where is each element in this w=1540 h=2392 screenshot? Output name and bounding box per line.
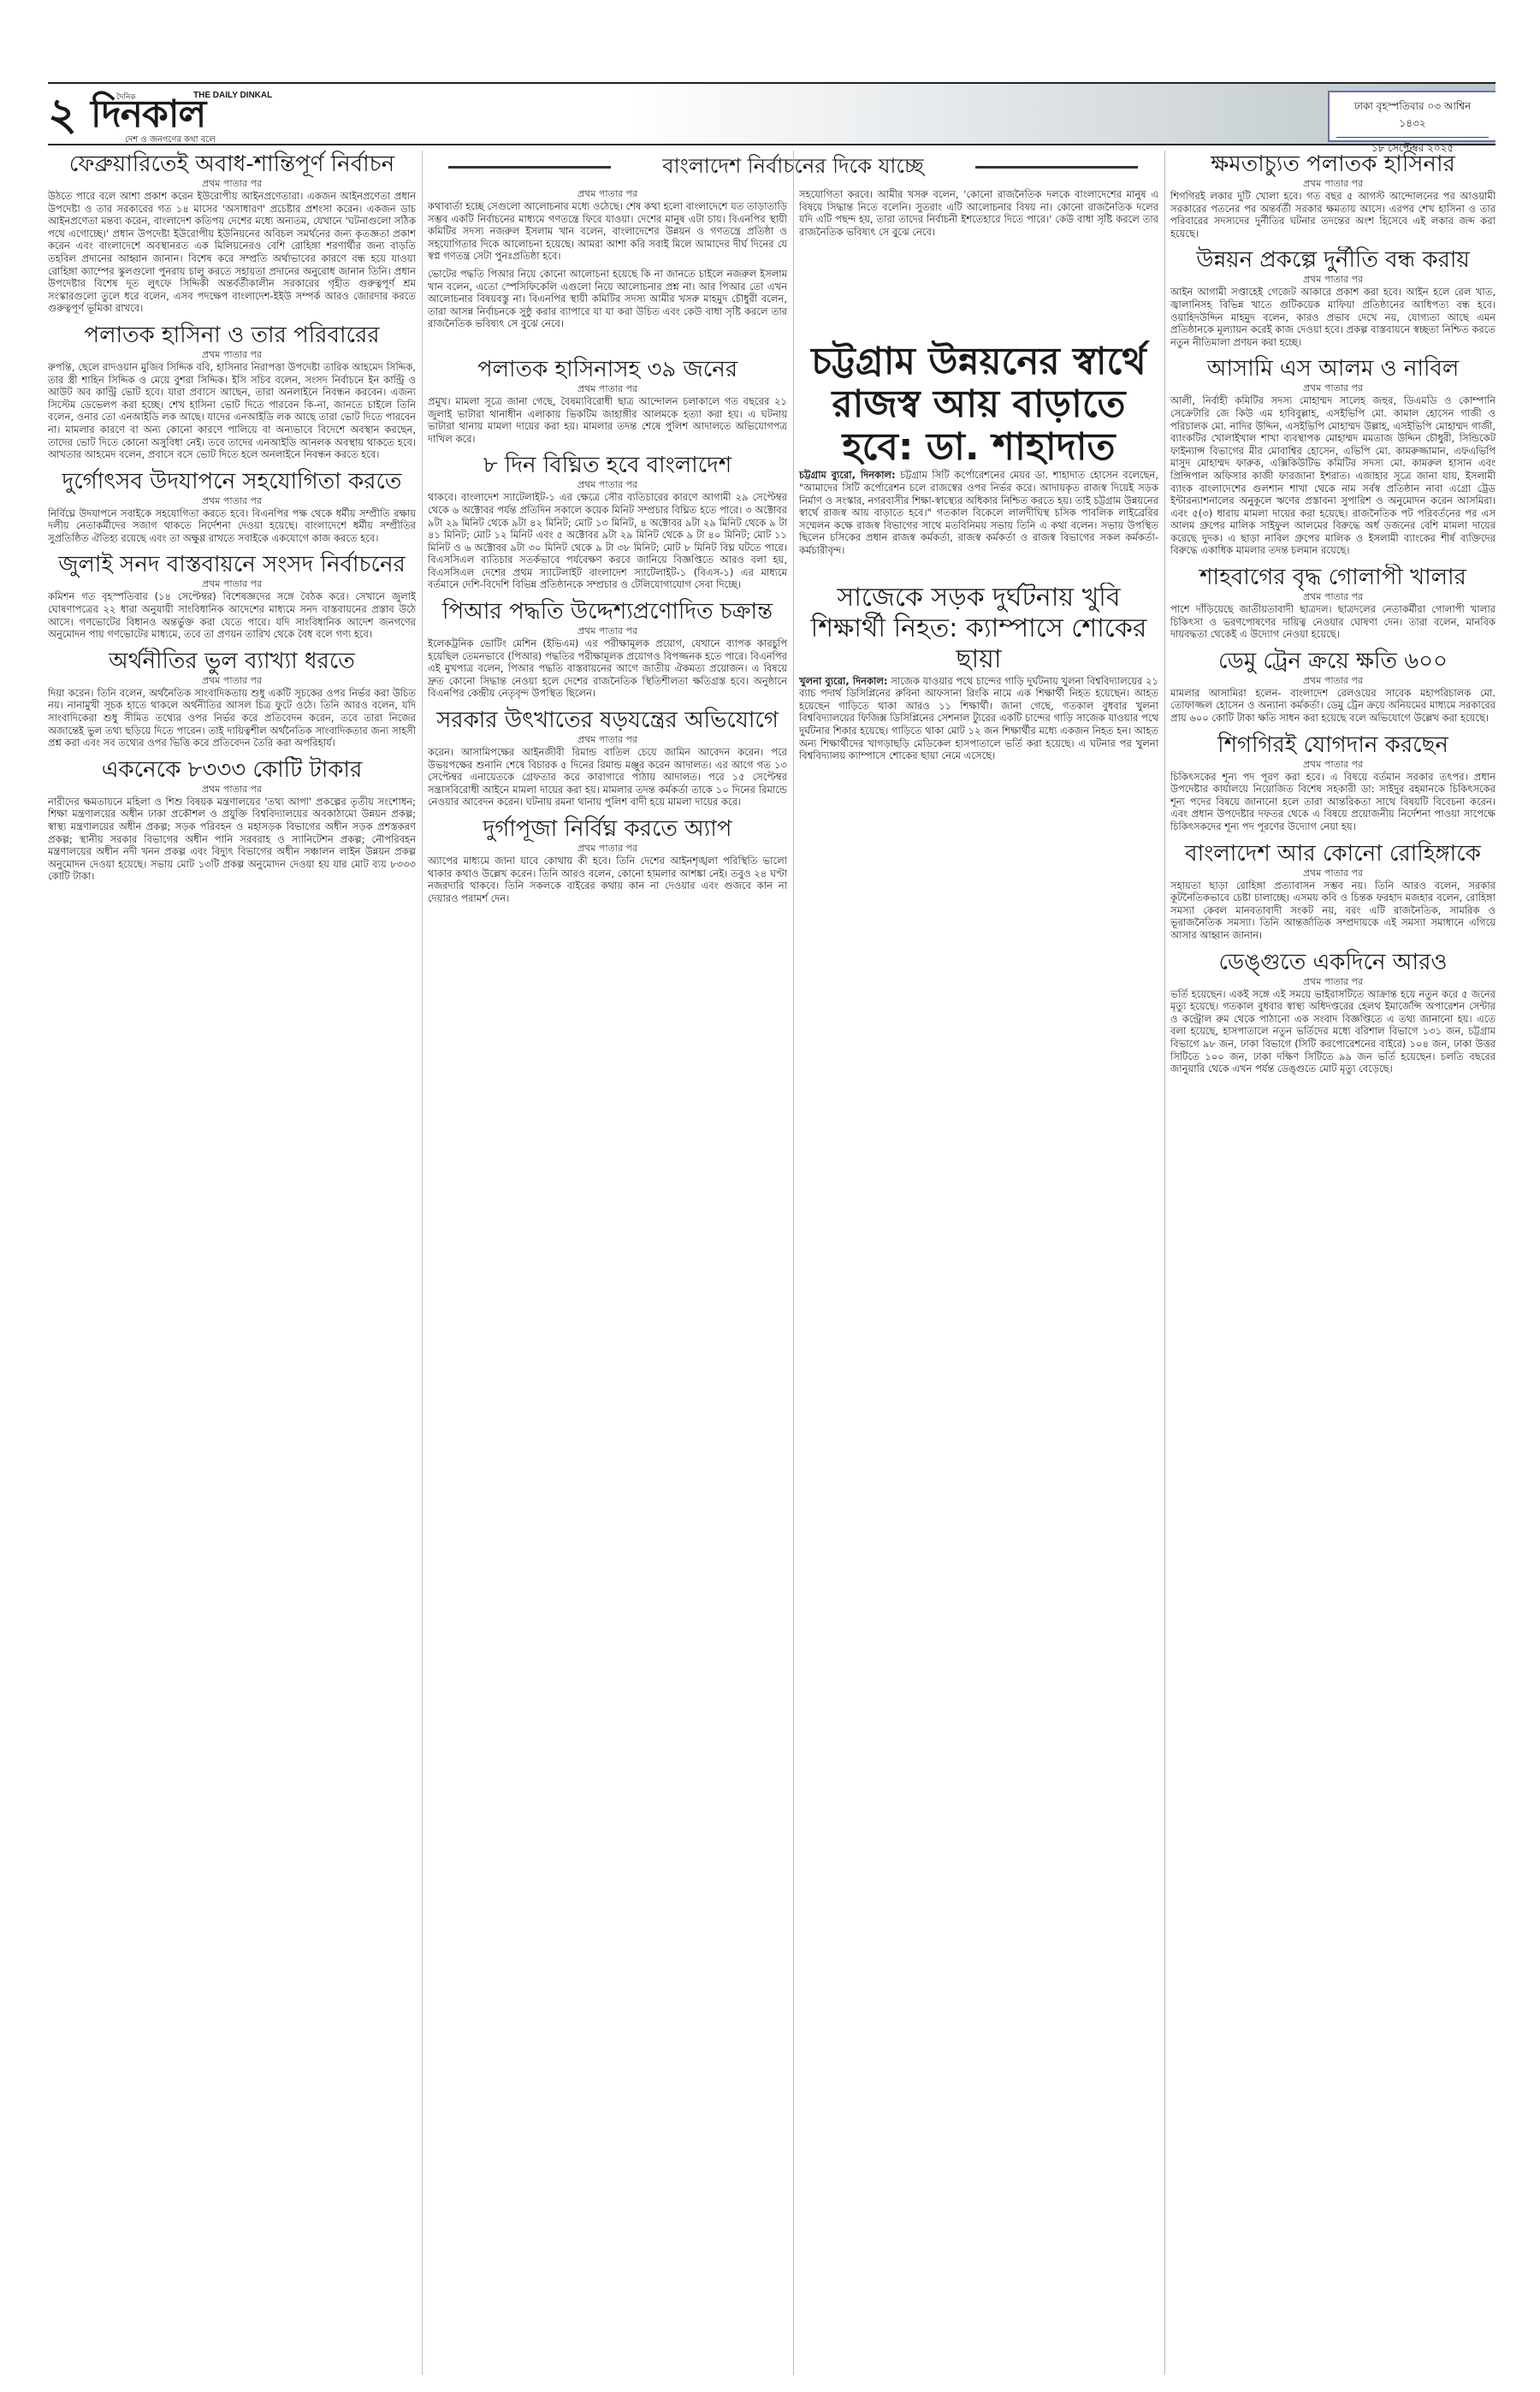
date-box: ঢাকা বৃহস্পতিবার ০৩ আশ্বিন ১৪৩২ ১৮ সেপ্ট… [1328, 91, 1496, 142]
headline: উন্নয়ন প্রকল্পে দুর্নীতি বন্ধ করায় [1170, 246, 1496, 274]
article: অর্থনীতির ভুল ব্যাখ্যা ধরতে প্রথম পাতার … [48, 648, 416, 749]
headline: দুর্গাপূজা নির্বিঘ্ন করতে অ্যাপ [428, 815, 787, 843]
column-4: ক্ষমতাচ্যুত পলাতক হাসিনার প্রথম পাতার পর… [1170, 151, 1496, 1082]
headline: আসামি এস আলম ও নাবিল [1170, 355, 1496, 382]
continuation-label: প্রথম পাতার পর [1170, 382, 1496, 394]
article-body: ভোটের পদ্ধতি পিআর নিয়ে কোনো আলোচনা হয়ে… [428, 268, 787, 330]
article: পলাতক হাসিনা ও তার পরিবারের প্রথম পাতার … [48, 322, 416, 461]
article-body: সহযোগিতা করবে। আমীর খসরু বলেন, 'কোনো রাজ… [799, 188, 1158, 238]
article-body: অ্যাপের মাধ্যমে জানা যাবে কোথায় কী হবে।… [428, 855, 787, 904]
headline: বাংলাদেশ আর কোনো রোহিঙ্গাকে [1170, 840, 1496, 867]
continuation-label: প্রথম পাতার পর [48, 578, 416, 590]
article: পলাতক হাসিনাসহ ৩৯ জনের প্রথম পাতার পর প্… [428, 356, 787, 445]
headline: দুর্গোৎসব উদযাপনে সহযোগিতা করতে [48, 468, 416, 495]
headline: পলাতক হাসিনাসহ ৩৯ জনের [428, 356, 787, 383]
article: প্রথম পাতার পর কথাবার্তা হচ্ছে সেগুলো আল… [428, 188, 787, 330]
headline: ডেমু ট্রেন ক্রয়ে ক্ষতি ৬০০ [1170, 648, 1496, 675]
article: সহযোগিতা করবে। আমীর খসরু বলেন, 'কোনো রাজ… [799, 188, 1158, 238]
article: শিগগিরই যোগদান করছেন প্রথম পাতার পর চিকি… [1170, 731, 1496, 833]
article-body: ইলেকট্রনিক ভোটিং মেশিন (ইভিএম) এর পরীক্ষ… [428, 637, 787, 700]
column-2: প্রথম পাতার পর কথাবার্তা হচ্ছে সেগুলো আল… [428, 188, 787, 911]
article: ফেব্রুয়ারিতেই অবাধ-শান্তিপূর্ণ নির্বাচন… [48, 151, 416, 315]
article: একনেকে ৮৩৩৩ কোটি টাকার প্রথম পাতার পর না… [48, 756, 416, 883]
column-divider [1164, 151, 1165, 2375]
headline: ক্ষমতাচ্যুত পলাতক হাসিনার [1170, 151, 1496, 178]
headline: জুলাই সনদ বাস্তবায়নে সংসদ নির্বাচনের [48, 551, 416, 578]
article: চট্টগ্রাম উন্নয়নের স্বার্থে রাজস্ব আয় … [799, 340, 1158, 556]
article: সাজেকে সড়ক দুর্ঘটনায় খুবি শিক্ষার্থী ন… [799, 583, 1158, 762]
column-3: সহযোগিতা করবে। আমীর খসরু বলেন, 'কোনো রাজ… [799, 188, 1158, 769]
headline: সাজেকে সড়ক দুর্ঘটনায় খুবি শিক্ষার্থী ন… [799, 583, 1158, 675]
column-divider [793, 151, 794, 2375]
article-body: নারীদের ক্ষমতায়নে মহিলা ও শিশু বিষয়ক ম… [48, 796, 416, 883]
article: বাংলাদেশ আর কোনো রোহিঙ্গাকে প্রথম পাতার … [1170, 840, 1496, 942]
article-body: চিকিৎসকের শূন্য পদ পূরণ করা হবে। এ বিষয়… [1170, 771, 1496, 833]
continuation-label: প্রথম পাতার পর [428, 734, 787, 746]
dateline: চট্টগ্রাম ব্যুরো, দিনকাল: [799, 469, 896, 481]
continuation-label: প্রথম পাতার পর [428, 843, 787, 855]
continuation-label: প্রথম পাতার পর [48, 178, 416, 190]
headline: চট্টগ্রাম উন্নয়নের স্বার্থে রাজস্ব আয় … [799, 340, 1158, 469]
headline: অর্থনীতির ভুল ব্যাখ্যা ধরতে [48, 648, 416, 675]
headline: একনেকে ৮৩৩৩ কোটি টাকার [48, 756, 416, 784]
article-body: শিগগিরই লকার দুটি খোলা হবে। গত বছর ৫ আগস… [1170, 190, 1496, 240]
article: ক্ষমতাচ্যুত পলাতক হাসিনার প্রথম পাতার পর… [1170, 151, 1496, 240]
continuation-label: প্রথম পাতার পর [48, 495, 416, 507]
article: আসামি এস আলম ও নাবিল প্রথম পাতার পর আলী,… [1170, 355, 1496, 557]
continuation-label: প্রথম পাতার পর [428, 383, 787, 395]
article-text: সাজেক যাওয়ার পথে চান্দের গাড়ি দুর্ঘটনা… [799, 675, 1158, 762]
article: ডেমু ট্রেন ক্রয়ে ক্ষতি ৬০০ প্রথম পাতার … [1170, 648, 1496, 725]
article-body: চট্টগ্রাম ব্যুরো, দিনকাল: চট্টগ্রাম সিটি… [799, 469, 1158, 556]
continuation-label: প্রথম পাতার পর [1170, 867, 1496, 879]
column-divider [422, 151, 423, 2375]
tagline: দেশ ও জনগণের কথা বলে [125, 133, 216, 148]
article-body: দিয়া করেন। তিনি বলেন, অর্থনৈতিক সাংবাদি… [48, 687, 416, 749]
continuation-label: প্রথম পাতার পর [1170, 178, 1496, 190]
article: দুর্গাপূজা নির্বিঘ্ন করতে অ্যাপ প্রথম পা… [428, 815, 787, 904]
article-body: মামলার আসামিরা হলেন- বাংলাদেশ রেলওয়ের স… [1170, 687, 1496, 725]
article-body: আইন আগামী সপ্তাহেই গেজেট আকারে প্রকাশ কর… [1170, 286, 1496, 348]
continuation-label: প্রথম পাতার পর [1170, 976, 1496, 988]
article-body: পাশে দাঁড়িয়েছে জাতীয়তাবাদী ছাত্রদল। ছ… [1170, 603, 1496, 641]
article: উন্নয়ন প্রকল্পে দুর্নীতি বন্ধ করায় প্র… [1170, 246, 1496, 348]
page-number: ২ [48, 91, 77, 139]
continuation-label: প্রথম পাতার পর [48, 349, 416, 361]
headline: শিগগিরই যোগদান করছেন [1170, 731, 1496, 759]
article: সরকার উৎখাতের ষড়যন্ত্রের অভিযোগে প্রথম … [428, 707, 787, 808]
article-body: কমিশন গত বৃহস্পতিবার (১৪ সেপ্টেম্বর) বিশ… [48, 590, 416, 640]
headline: ডেঙ্গুতে একদিনে আরও [1170, 949, 1496, 976]
continuation-label: প্রথম পাতার পর [428, 625, 787, 637]
dateline: খুলনা ব্যুরো, দিনকাল: [799, 675, 888, 687]
continuation-label: প্রথম পাতার পর [1170, 591, 1496, 603]
date-bangla: ঢাকা বৃহস্পতিবার ০৩ আশ্বিন ১৪৩২ [1336, 92, 1489, 138]
article-body: ভর্তি হয়েছেন। একই সঙ্গে এই সময়ে ভাইরাস… [1170, 988, 1496, 1075]
article: দুর্গোৎসব উদযাপনে সহযোগিতা করতে প্রথম পা… [48, 468, 416, 545]
article-body: রুপন্তি, ছেলে রাদওয়ান মুজিব সিদ্দিক ববি… [48, 361, 416, 461]
headline: শাহবাগের বৃদ্ধ গোলাপী খালার [1170, 564, 1496, 591]
continuation-label: প্রথম পাতার পর [48, 784, 416, 796]
article: ডেঙ্গুতে একদিনে আরও প্রথম পাতার পর ভর্তি… [1170, 949, 1496, 1075]
headline: পিআর পদ্ধতি উদ্দেশ্যপ্রণোদিত চক্রান্ত [428, 598, 787, 625]
article-body: প্রমুখ। মামলা সূত্রে জানা গেছে, বৈষম্যবি… [428, 395, 787, 445]
article-body: সহায়তা ছাড়া রোহিঙ্গা প্রত্যাবাসন সম্ভব… [1170, 879, 1496, 942]
continuation-label: প্রথম পাতার পর [1170, 274, 1496, 286]
article: শাহবাগের বৃদ্ধ গোলাপী খালার প্রথম পাতার … [1170, 564, 1496, 641]
article: পিআর পদ্ধতি উদ্দেশ্যপ্রণোদিত চক্রান্ত প্… [428, 598, 787, 700]
continuation-label: প্রথম পাতার পর [428, 188, 787, 200]
article-text: চট্টগ্রাম সিটি কর্পোরেশনের মেয়র ডা. শাহ… [799, 469, 1158, 556]
article-body: কথাবার্তা হচ্ছে সেগুলো আলোচনার মধ্যে ওঠে… [428, 200, 787, 263]
article-body: খুলনা ব্যুরো, দিনকাল: সাজেক যাওয়ার পথে … [799, 675, 1158, 762]
article-body: উঠতে পারে বলে আশা প্রকাশ করেন ইউরোপীয় আ… [48, 190, 416, 315]
article-body: নির্বিঘ্নে উদযাপনে সবাইকে সহযোগিতা করতে … [48, 507, 416, 545]
continuation-label: প্রথম পাতার পর [1170, 759, 1496, 771]
headline: ফেব্রুয়ারিতেই অবাধ-শান্তিপূর্ণ নির্বাচন [48, 151, 416, 178]
newspaper-logo: দৈনিক THE DAILY DINKAL দিনকাল দেশ ও জনগণ… [91, 86, 296, 144]
continuation-label: প্রথম পাতার পর [48, 675, 416, 687]
masthead: ২ দৈনিক THE DAILY DINKAL দিনকাল দেশ ও জন… [48, 82, 1496, 145]
article-body: করেন। আসামিপক্ষের আইনজীবী রিমান্ড বাতিল … [428, 746, 787, 808]
article-body: আলী, নির্বাহী কমিটির সদস্য মোহাম্মদ সালে… [1170, 394, 1496, 557]
newspaper-page: ২ দৈনিক THE DAILY DINKAL দিনকাল দেশ ও জন… [48, 82, 1496, 145]
headline: পলাতক হাসিনা ও তার পরিবারের [48, 322, 416, 349]
headline: ৮ দিন বিঘ্নিত হবে বাংলাদেশ [428, 452, 787, 479]
article: জুলাই সনদ বাস্তবায়নে সংসদ নির্বাচনের প্… [48, 551, 416, 640]
continuation-label: প্রথম পাতার পর [1170, 675, 1496, 687]
headline: সরকার উৎখাতের ষড়যন্ত্রের অভিযোগে [428, 707, 787, 734]
column-1: ফেব্রুয়ারিতেই অবাধ-শান্তিপূর্ণ নির্বাচন… [48, 151, 416, 890]
continuation-label: প্রথম পাতার পর [428, 479, 787, 491]
article: ৮ দিন বিঘ্নিত হবে বাংলাদেশ প্রথম পাতার প… [428, 452, 787, 591]
article-body: থাকবে। বাংলাদেশ স্যাটেলাইট-১ এর ক্ষেত্রে… [428, 491, 787, 591]
logo-text: দিনকাল [91, 96, 205, 133]
